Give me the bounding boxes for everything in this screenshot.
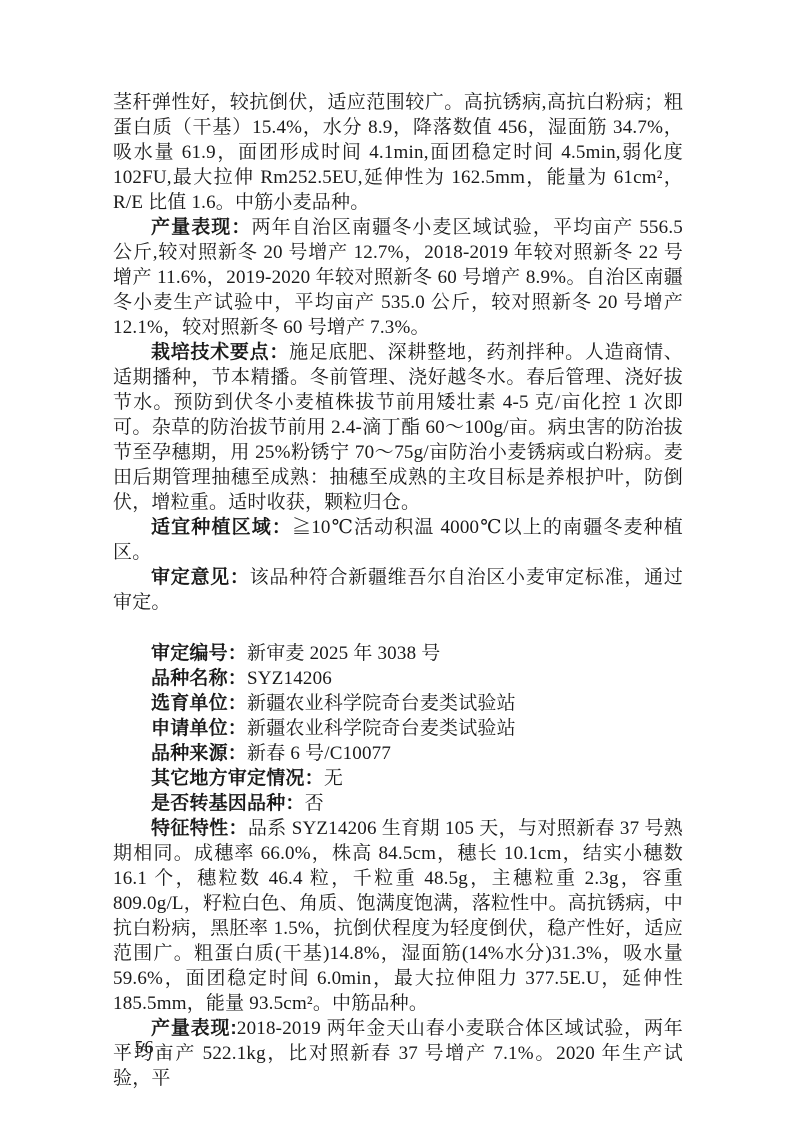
field-label: 品种名称： xyxy=(151,668,247,689)
field-label: 审定编号： xyxy=(151,643,247,664)
paragraph-label: 栽培技术要点： xyxy=(151,342,289,363)
field-value: 新审麦 2025 年 3038 号 xyxy=(247,643,440,664)
field-other-approvals: 其它地方审定情况：无 xyxy=(113,766,683,791)
field-value: 否 xyxy=(305,793,324,814)
field-label: 品种来源： xyxy=(151,743,247,764)
field-breeding-unit: 选育单位：新疆农业科学院奇台麦类试验站 xyxy=(113,691,683,716)
paragraph-label: 适宜种植区域： xyxy=(151,517,292,538)
text-block: 茎秆弹性好，较抗倒伏，适应范围较广。高抗锈病,高抗白粉病；粗蛋白质（干基）15.… xyxy=(113,90,683,1091)
paragraph-text: 品系 SYZ14206 生育期 105 天，与对照新春 37 号熟期相同。成穗率… xyxy=(113,818,683,1014)
paragraph-suitable-region: 适宜种植区域：≧10℃活动积温 4000℃以上的南疆冬麦种植区。 xyxy=(113,515,683,565)
paragraph-text: 茎秆弹性好，较抗倒伏，适应范围较广。高抗锈病,高抗白粉病；粗蛋白质（干基）15.… xyxy=(113,92,683,213)
field-label: 申请单位： xyxy=(151,718,247,739)
variety-info-fields: 审定编号：新审麦 2025 年 3038 号 品种名称：SYZ14206 选育单… xyxy=(113,641,683,816)
field-label: 选育单位： xyxy=(151,693,247,714)
field-value: 无 xyxy=(324,768,343,789)
field-variety-source: 品种来源：新春 6 号/C10077 xyxy=(113,741,683,766)
field-approval-number: 审定编号：新审麦 2025 年 3038 号 xyxy=(113,641,683,666)
field-applicant-unit: 申请单位：新疆农业科学院奇台麦类试验站 xyxy=(113,716,683,741)
document-page: { "doc": { "paragraphs": [ { "label": ""… xyxy=(0,0,793,1122)
field-label: 其它地方审定情况： xyxy=(151,768,324,789)
paragraph-yield-performance-2: 产量表现:2018-2019 两年金天山春小麦联合体区域试验，两年平均亩产 52… xyxy=(113,1016,683,1091)
paragraph-label: 产量表现: xyxy=(151,1018,237,1039)
paragraph-approval-opinion: 审定意见：该品种符合新疆维吾尔自治区小麦审定标准，通过审定。 xyxy=(113,565,683,615)
paragraph-cultivation-techniques: 栽培技术要点：施足底肥、深耕整地，药剂拌种。人造商情、适期播种，节本精播。冬前管… xyxy=(113,340,683,515)
field-variety-name: 品种名称：SYZ14206 xyxy=(113,666,683,691)
field-label: 是否转基因品种： xyxy=(151,793,305,814)
paragraph-label: 产量表现： xyxy=(151,217,252,238)
field-value: SYZ14206 xyxy=(247,668,332,689)
field-value: 新疆农业科学院奇台麦类试验站 xyxy=(247,718,516,739)
field-value: 新疆农业科学院奇台麦类试验站 xyxy=(247,693,516,714)
paragraph-characteristics: 特征特性：品系 SYZ14206 生育期 105 天，与对照新春 37 号熟期相… xyxy=(113,816,683,1016)
field-transgenic: 是否转基因品种：否 xyxy=(113,791,683,816)
paragraph-label: 特征特性： xyxy=(151,818,248,839)
paragraph-text: 施足底肥、深耕整地，药剂拌种。人造商情、适期播种，节本精播。冬前管理、浇好越冬水… xyxy=(113,342,683,513)
paragraph-label: 审定意见： xyxy=(151,567,250,588)
paragraph-yield-performance: 产量表现：两年自治区南疆冬小麦区域试验，平均亩产 556.5 公斤,较对照新冬 … xyxy=(113,215,683,340)
page-number: - 56 - xyxy=(122,1037,167,1058)
paragraph-quality-continued: 茎秆弹性好，较抗倒伏，适应范围较广。高抗锈病,高抗白粉病；粗蛋白质（干基）15.… xyxy=(113,90,683,215)
field-value: 新春 6 号/C10077 xyxy=(247,743,391,764)
